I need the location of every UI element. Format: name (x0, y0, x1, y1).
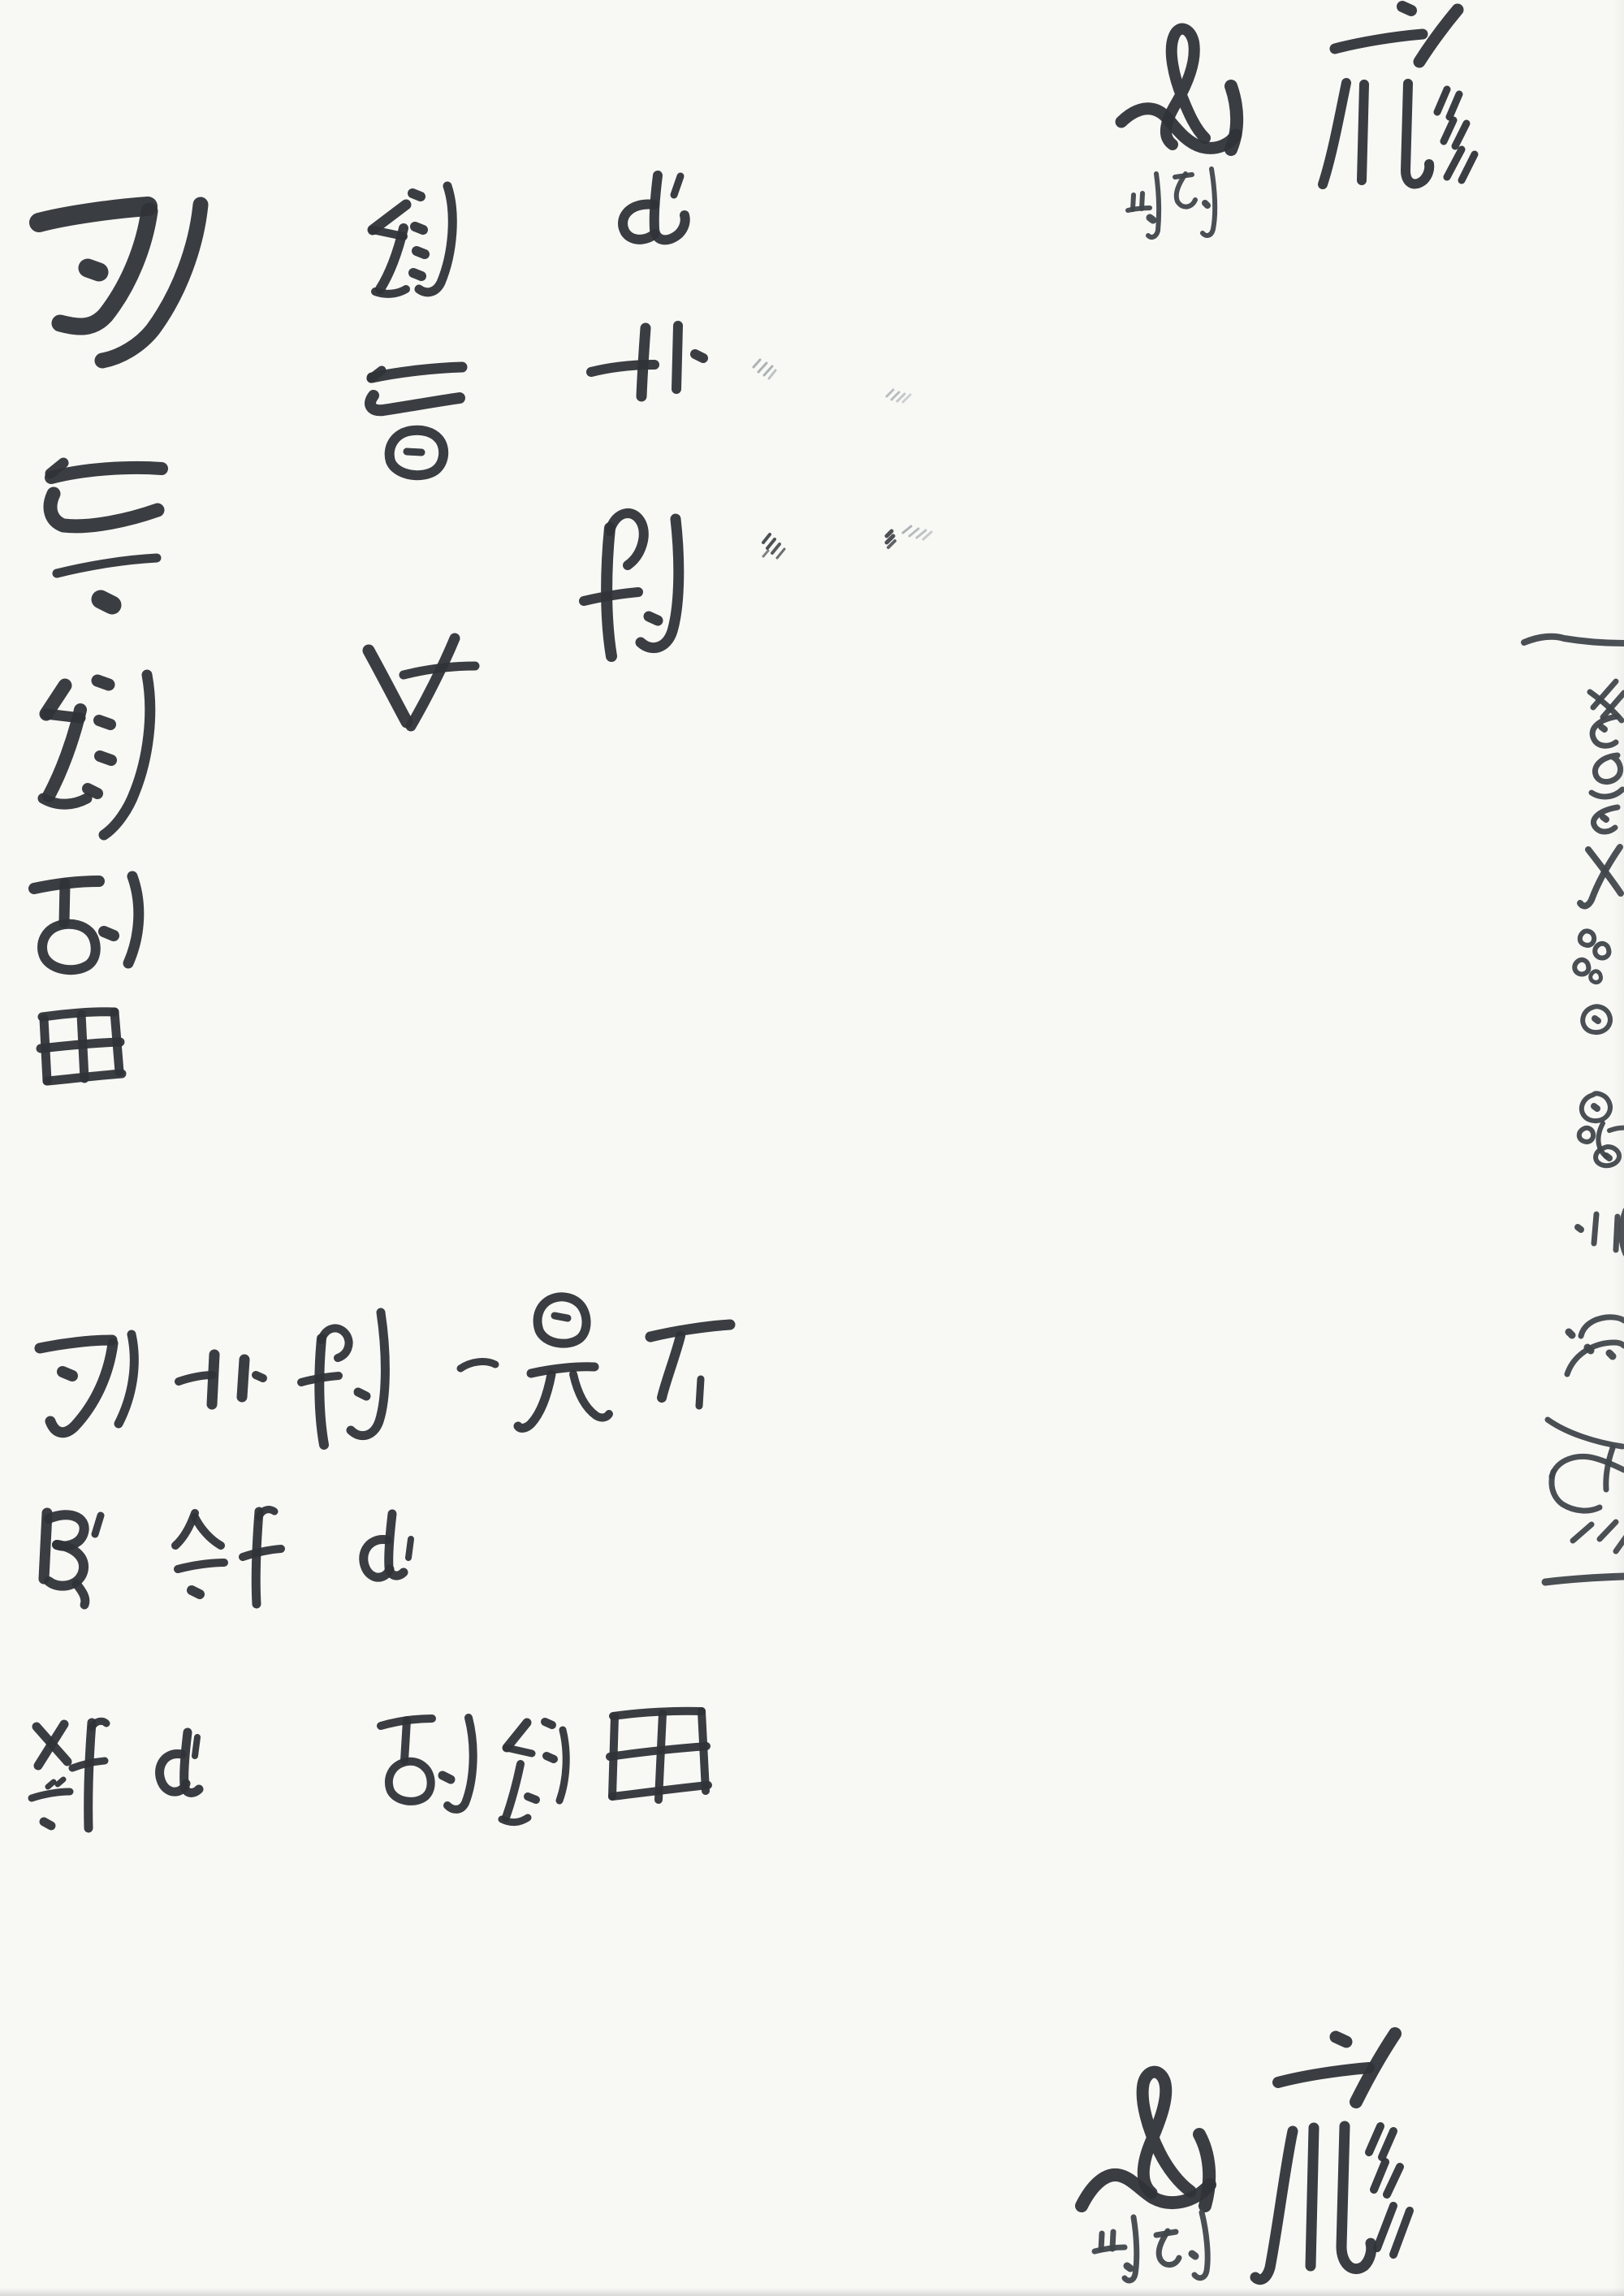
scanned-handwriting-page (0, 0, 1624, 2296)
stroke (892, 392, 899, 400)
stroke (649, 616, 658, 620)
stroke (764, 366, 772, 375)
row1-fj-glyph (301, 1312, 385, 1445)
stroke (641, 328, 646, 396)
scanner-edge-shadow (0, 2288, 1624, 2296)
stroke (195, 1517, 221, 1546)
stroke (412, 193, 421, 197)
row3-to-glyph (381, 1718, 473, 1810)
stroke (1447, 149, 1462, 177)
stroke (763, 534, 770, 543)
stroke (1150, 218, 1153, 220)
stroke (1369, 2126, 1380, 2152)
margin-note (1524, 637, 1624, 1582)
stroke (44, 1822, 51, 1826)
stroke (48, 1782, 54, 1787)
grid-glyph-large (41, 1012, 122, 1081)
stroke (407, 452, 421, 452)
stroke (64, 884, 65, 923)
stroke (769, 370, 775, 378)
stroke (1462, 154, 1475, 180)
stroke (242, 1360, 244, 1397)
stroke (104, 932, 114, 936)
fj-glyph-large (584, 513, 679, 656)
stroke (909, 529, 918, 536)
bird-glyph-large (43, 675, 150, 835)
stroke (1603, 817, 1606, 819)
stroke (1606, 1156, 1609, 1158)
stroke (506, 1764, 520, 1818)
stroke (1579, 1128, 1593, 1142)
bars-ring-glyph (370, 367, 462, 475)
stroke (411, 638, 455, 726)
stroke (351, 1312, 385, 1436)
signature-mu-bottom (1255, 2034, 1410, 2280)
stroke (1278, 2068, 1369, 2082)
stroke (1335, 34, 1423, 49)
stroke (1323, 83, 1346, 184)
stroke (51, 468, 162, 478)
to-glyph-large (34, 876, 139, 970)
stroke (1455, 123, 1466, 146)
stroke (507, 1723, 527, 1748)
stroke (502, 1818, 528, 1823)
plus-bar-glyph (591, 326, 703, 396)
stroke (767, 539, 775, 548)
stroke (1192, 2254, 1195, 2256)
stroke (758, 363, 767, 372)
stroke (702, 1711, 706, 1791)
stroke (375, 289, 406, 294)
stroke (259, 1510, 274, 1517)
signature-flourish-top (1121, 29, 1237, 149)
stroke (903, 526, 911, 533)
stroke (777, 549, 784, 558)
stroke (1255, 2131, 1293, 2280)
stroke (1374, 2162, 1385, 2190)
stroke (584, 592, 638, 601)
stroke (1601, 727, 1605, 729)
stroke (41, 1042, 120, 1049)
stroke (1311, 2128, 1314, 2266)
stroke (179, 1375, 213, 1381)
stroke (531, 1367, 594, 1373)
stroke (610, 513, 644, 565)
stroke (754, 360, 760, 367)
stroke (518, 1374, 551, 1428)
stroke (57, 558, 157, 573)
stroke (1437, 89, 1447, 112)
row1-dash (460, 1362, 495, 1369)
stroke (763, 551, 768, 556)
stroke (1387, 2167, 1400, 2194)
row1-key-glyph (40, 1334, 134, 1433)
stroke (370, 396, 460, 410)
stroke (695, 354, 703, 358)
stroke (128, 876, 139, 963)
stroke (659, 1714, 663, 1800)
stroke (195, 1737, 197, 1756)
ink-smudge-2 (887, 390, 910, 402)
ink-smudge-4 (887, 526, 931, 547)
stroke (389, 1514, 404, 1576)
row3-grid-glyph (610, 1711, 708, 1800)
stroke (662, 1336, 680, 1398)
stroke (1591, 971, 1601, 983)
stroke (1362, 84, 1364, 180)
stroke (63, 1372, 72, 1376)
stroke (887, 531, 892, 536)
row2-d-glyph (364, 1514, 411, 1577)
stroke (100, 756, 111, 760)
stroke (917, 530, 926, 538)
stroke (39, 206, 148, 223)
stroke (923, 532, 931, 539)
stroke (1166, 29, 1205, 145)
stroke (43, 798, 87, 804)
stroke (460, 1362, 495, 1369)
stroke (88, 268, 99, 272)
stroke (1449, 94, 1459, 117)
stroke (1548, 1420, 1622, 1446)
ink-strokes-svg (0, 0, 1624, 2296)
stroke (546, 1756, 554, 1759)
row2-b-glyph (44, 1513, 101, 1605)
stroke (1121, 109, 1236, 149)
signature-flourish-bottom (1082, 2072, 1210, 2206)
stroke (559, 1730, 566, 1801)
ink-smudge-3 (763, 534, 784, 558)
stroke (92, 1721, 106, 1727)
scanner-right-shade (1613, 0, 1624, 2296)
stroke (676, 326, 678, 389)
stroke (1406, 84, 1429, 184)
stroke (507, 1748, 532, 1753)
stroke (369, 651, 407, 722)
stroke (408, 1539, 411, 1558)
stroke (1444, 120, 1453, 141)
stroke (97, 681, 109, 685)
stroke (192, 1590, 200, 1594)
stroke (1587, 1347, 1591, 1351)
stroke (1524, 637, 1624, 643)
key-glyph-large (39, 205, 201, 361)
row3-bird-glyph (502, 1722, 566, 1823)
stroke (447, 1718, 473, 1810)
stroke (50, 1343, 113, 1433)
stroke (1194, 2212, 1207, 2278)
stroke (1231, 86, 1237, 149)
stroke (256, 1511, 259, 1604)
stroke (256, 1375, 263, 1378)
stroke (32, 1792, 70, 1798)
check-glyph (369, 638, 475, 726)
stroke (1112, 2232, 1113, 2249)
signature-subscript-bottom (1095, 2212, 1207, 2281)
signature-subscript-top (1128, 169, 1215, 237)
stroke (1595, 944, 1609, 958)
stroke (89, 1723, 92, 1828)
stroke (319, 1338, 324, 1445)
stroke (50, 494, 158, 526)
stroke (1552, 1472, 1600, 1511)
stroke (613, 1711, 702, 1716)
stroke (443, 1775, 451, 1779)
stroke (1574, 960, 1588, 975)
stroke (1569, 1332, 1572, 1335)
stroke (404, 1720, 407, 1761)
stroke (417, 251, 425, 254)
signature-mu-top (1323, 6, 1475, 184)
stroke (119, 1334, 134, 1424)
stroke (1578, 1227, 1581, 1230)
stroke (76, 1584, 85, 1605)
stroke (528, 1797, 536, 1800)
stroke (1580, 931, 1594, 945)
stroke (49, 1545, 84, 1586)
stroke (1127, 2266, 1130, 2268)
stroke (49, 710, 80, 796)
stroke (58, 1779, 63, 1784)
stroke (1377, 2206, 1393, 2248)
three-bars-glyph (50, 463, 162, 605)
stroke (1148, 174, 1159, 237)
stroke (358, 1392, 366, 1396)
row3-sf-glyph (32, 1721, 106, 1828)
stroke (674, 176, 680, 195)
stroke (99, 720, 110, 724)
stroke (95, 1516, 101, 1534)
stroke (1142, 2072, 1190, 2193)
stroke (1393, 2211, 1410, 2255)
d-glyph-medium (623, 175, 685, 240)
stroke (772, 544, 780, 553)
stroke (1573, 1524, 1592, 1541)
stroke (1159, 2231, 1179, 2265)
row3-d-glyph (160, 1732, 199, 1792)
stroke (1594, 1106, 1597, 1109)
stroke (1336, 2037, 1346, 2042)
stroke (40, 1340, 112, 1348)
stroke (887, 390, 893, 396)
stroke (555, 1316, 568, 1318)
bird-glyph-medium (373, 186, 452, 294)
stroke (413, 273, 421, 276)
stroke (389, 1762, 431, 1801)
stroke (1205, 203, 1207, 205)
stroke (101, 599, 112, 605)
stroke (178, 1563, 224, 1569)
row1-ring-pi-glyph (518, 1297, 609, 1429)
stroke (1402, 6, 1411, 11)
row2-sf-glyph (175, 1510, 281, 1604)
stroke (1606, 1448, 1613, 1490)
ink-smudge-1 (754, 360, 775, 378)
stroke (1101, 2233, 1102, 2250)
stroke (1142, 193, 1142, 209)
stroke (545, 1722, 552, 1725)
stroke (699, 1379, 701, 1406)
stroke (1595, 1018, 1598, 1021)
stroke (88, 789, 97, 793)
stroke (301, 1376, 339, 1382)
stroke (42, 924, 96, 970)
row1-plus-bar (179, 1355, 263, 1404)
stroke (573, 1374, 609, 1417)
stroke (650, 1325, 730, 1337)
stroke (212, 1355, 214, 1404)
stroke (1594, 1214, 1596, 1243)
stroke (1382, 2131, 1393, 2157)
row1-gamma-glyph (650, 1325, 730, 1406)
stroke (415, 227, 423, 230)
stroke (243, 1549, 281, 1557)
stroke (1133, 195, 1134, 210)
